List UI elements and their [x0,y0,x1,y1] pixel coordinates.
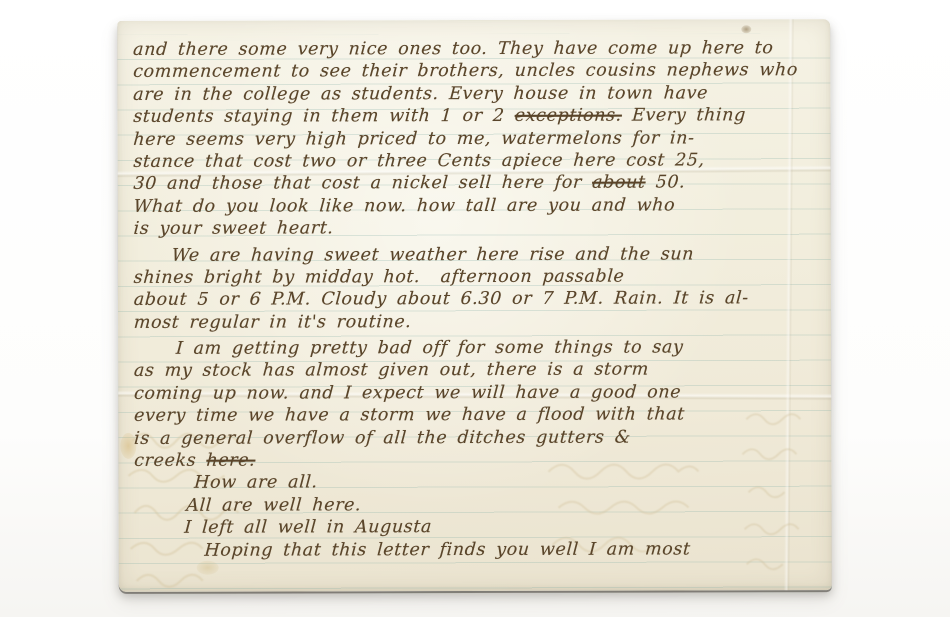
handwriting-text: as my stock has almost given out, there … [133,360,649,381]
handwriting-text: are in the college as students. Every ho… [133,83,709,105]
letter-line: All are well here. [186,493,826,517]
handwriting-text: 30 and those that cost a nickel sell her… [133,173,593,194]
handwriting-text: about 5 or 6 P.M. Cloudy about 6.30 or 7… [133,289,749,311]
handwriting-text: here seems very high priced to me, water… [133,128,696,149]
handwriting-text: How are all. [194,473,319,493]
handwriting-text: shines bright by midday hot. afternoon p… [133,267,625,288]
letter-line: Hoping that this letter finds you well I… [204,538,826,562]
letter-line: as my stock has almost given out, there … [133,359,825,383]
letter-line: stance that cost two or three Cents apie… [133,149,825,173]
handwriting-text: is a general overflow of all the ditches… [133,427,631,448]
struck-handwriting-text: about [591,173,646,193]
letter-line: shines bright by midday hot. afternoon p… [133,265,825,289]
handwriting-text: 50. [645,173,686,193]
handwriting-text: coming up now. and I expect we will have… [133,382,681,403]
letter-line: coming up now. and I expect we will have… [133,381,825,405]
handwriting-text: commencement to see their brothers, uncl… [133,61,799,83]
letter-line: about 5 or 6 P.M. Cloudy about 6.30 or 7… [133,287,825,311]
handwriting-text: We are having sweet weather here rise an… [171,244,695,265]
struck-handwriting-text: here. [206,451,256,471]
letter-line: students staying in them with 1 or 2 exc… [133,104,825,128]
handwriting-text: I left all well in Augusta [184,517,433,538]
struck-handwriting-text: exceptions. [514,106,623,126]
handwriting-text: I am getting pretty bad off for some thi… [175,338,684,359]
letter-line: I left all well in Augusta [184,515,826,539]
letter-line: 30 and those that cost a nickel sell her… [133,171,825,195]
handwriting-text: All are well here. [186,495,362,515]
paper-stain [197,561,219,575]
handwriting-text: students staying in them with 1 or 2 [133,106,516,127]
letter-line: every time we have a storm we have a flo… [133,403,825,427]
letter-line: commencement to see their brothers, uncl… [132,59,824,83]
handwriting-text: and there some very nice ones too. They … [132,38,774,60]
letter-line: most regular in it's routine. [133,310,825,334]
letter-line: I am getting pretty bad off for some thi… [175,336,825,360]
letter-lines: and there some very nice ones too. They … [132,37,823,562]
letter-body: and there some very nice ones too. They … [132,37,823,562]
handwriting-text: Hoping that this letter finds you well I… [204,539,692,560]
letter-line: and there some very nice ones too. They … [132,37,824,61]
scan-background: and there some very nice ones too. They … [0,0,950,617]
letter-line: How are all. [193,471,825,495]
letter-line: is a general overflow of all the ditches… [133,426,825,450]
letter-line: are in the college as students. Every ho… [132,82,824,106]
handwriting-text: every time we have a storm we have a flo… [133,405,685,426]
letter-line: here seems very high priced to me, water… [133,127,825,151]
handwriting-text: What do you look like now. how tall are … [133,195,676,216]
letter-line: What do you look like now. how tall are … [133,194,825,218]
handwriting-text: most regular in it's routine. [133,312,412,333]
handwriting-text: is your sweet heart. [133,218,334,239]
handwriting-text: creeks [134,451,208,471]
letter-paper: and there some very nice ones too. They … [117,19,831,592]
letter-line: is your sweet heart. [133,216,825,240]
paper-stain [741,25,751,33]
letter-line: creeks here. [133,448,825,472]
handwriting-text: Every thing [621,105,746,125]
handwriting-text: stance that cost two or three Cents apie… [133,150,706,171]
letter-line: We are having sweet weather here rise an… [171,243,825,267]
